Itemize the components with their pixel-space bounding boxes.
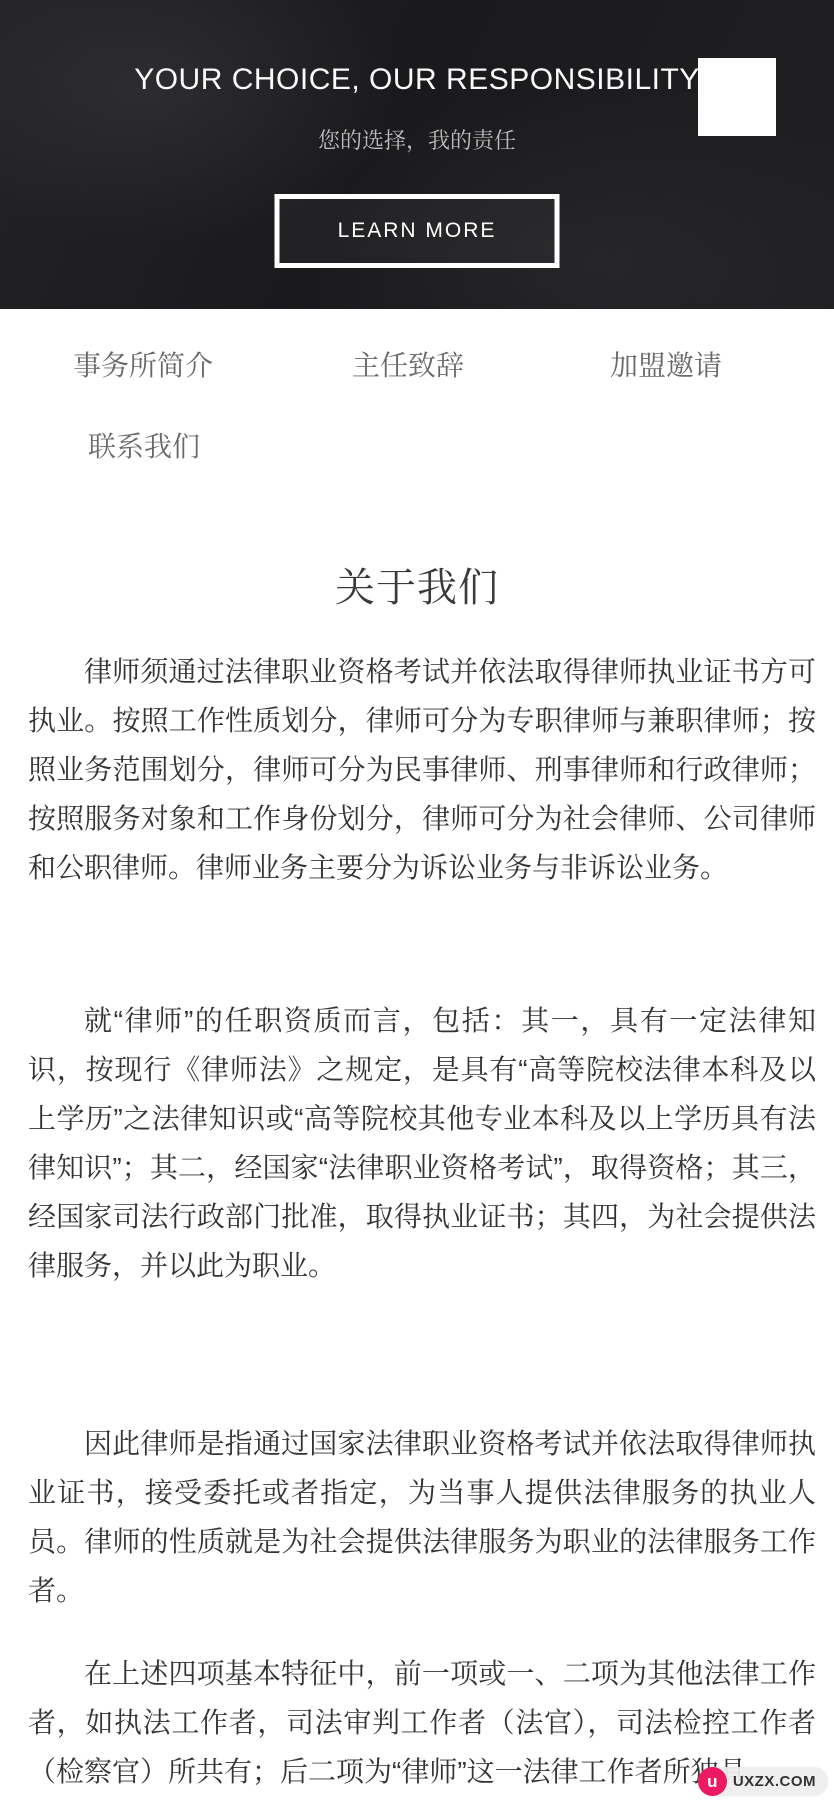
about-content: 律师须通过法律职业资格考试并依法取得律师执业证书方可执业。按照工作性质划分，律师… — [28, 647, 816, 1796]
watermark-logo-icon: u — [698, 1767, 727, 1796]
watermark-text: UXZX.COM — [733, 1773, 816, 1790]
main-nav: 事务所简介 主任致辞 加盟邀请 联系我们 — [0, 309, 834, 461]
about-section: 关于我们 律师须通过法律职业资格考试并依法取得律师执业证书方可执业。按照工作性质… — [0, 568, 834, 1796]
nav-link-director-speech[interactable]: 主任致辞 — [352, 352, 610, 380]
nav-row-1: 事务所简介 主任致辞 加盟邀请 — [0, 352, 834, 380]
section-title: 关于我们 — [0, 568, 834, 608]
nav-link-firm-intro[interactable]: 事务所简介 — [73, 352, 352, 380]
nav-link-contact-us[interactable]: 联系我们 — [88, 433, 200, 461]
about-paragraph: 就“律师”的任职资质而言，包括：其一，具有一定法律知识，按现行《律师法》之规定，… — [28, 996, 816, 1290]
nav-link-join-invitation[interactable]: 加盟邀请 — [610, 352, 834, 380]
about-paragraph: 因此律师是指通过国家法律职业资格考试并依法取得律师执业证书，接受委托或者指定，为… — [28, 1419, 816, 1615]
nav-row-2: 联系我们 — [0, 433, 834, 461]
about-paragraph: 律师须通过法律职业资格考试并依法取得律师执业证书方可执业。按照工作性质划分，律师… — [28, 647, 816, 892]
page: { "hero": { "title": "YOUR CHOICE, OUR R… — [0, 0, 834, 1808]
learn-more-button[interactable]: LEARN MORE — [275, 194, 560, 268]
watermark-badge[interactable]: u UXZX.COM — [698, 1767, 828, 1796]
about-paragraph: 在上述四项基本特征中，前一项或一、二项为其他法律工作者，如执法工作者，司法审判工… — [28, 1649, 816, 1796]
menu-button[interactable] — [698, 58, 776, 136]
hero-banner: YOUR CHOICE, OUR RESPONSIBILITY 您的选择，我的责… — [0, 0, 834, 309]
